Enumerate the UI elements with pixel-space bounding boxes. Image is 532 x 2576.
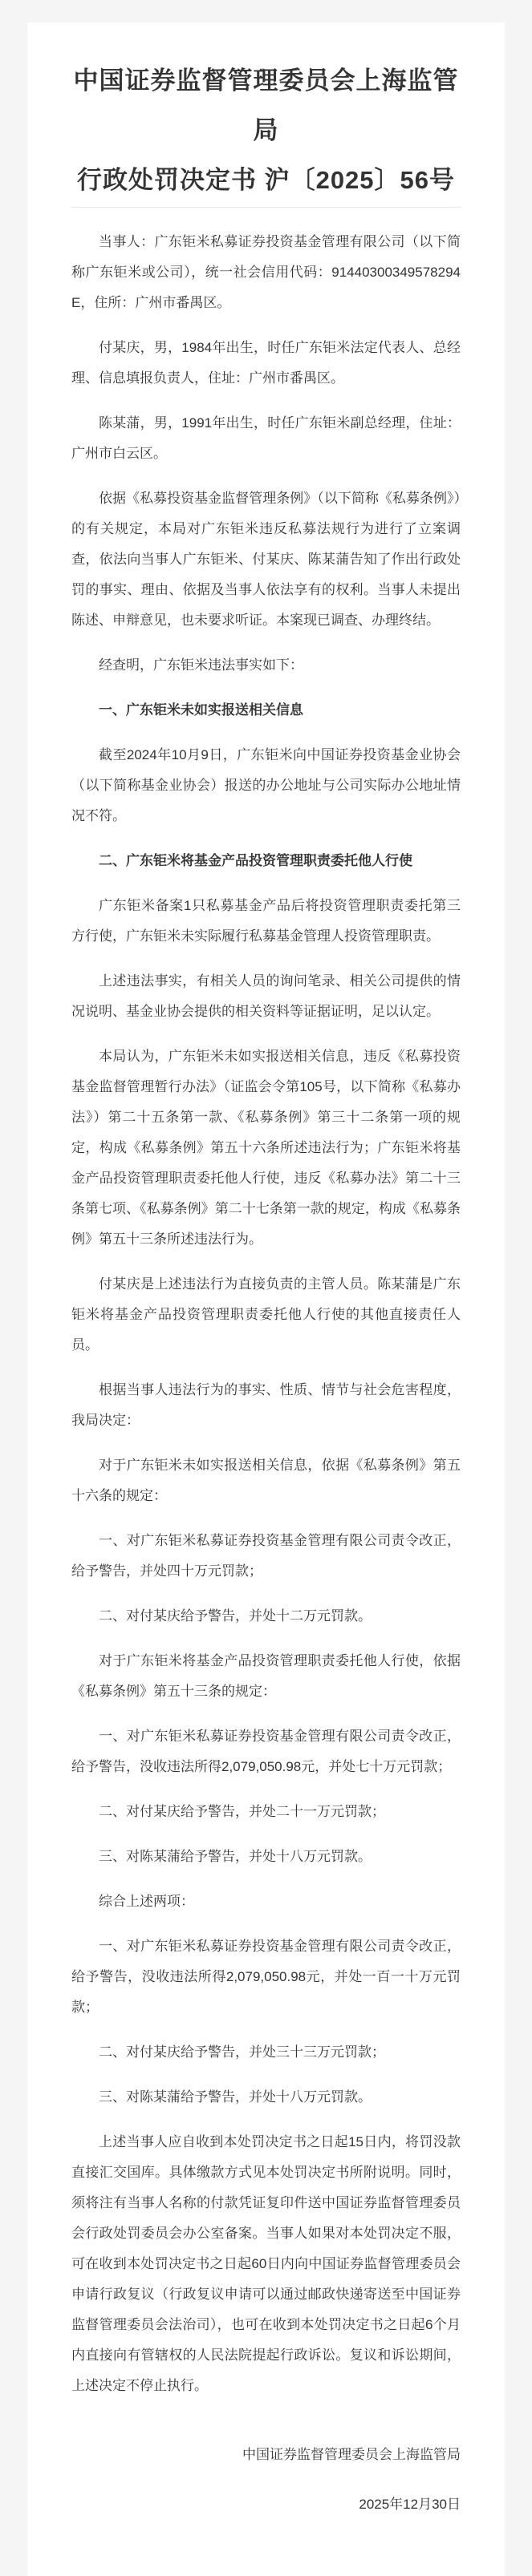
date-line: 2025年12月30日 — [71, 2489, 461, 2520]
paragraph: 一、对广东钜米私募证券投资基金管理有限公司责令改正，给予警告，没收违法所得2,0… — [71, 1931, 461, 2023]
paragraph: 一、对广东钜米私募证券投资基金管理有限公司责令改正，给予警告，并处四十万元罚款； — [71, 1526, 461, 1587]
paragraph: 上述违法事实，有相关人员的询问笔录、相关公司提供的情况说明、基金业协会提供的相关… — [71, 966, 461, 1027]
paragraph: 广东钜米备案1只私募基金产品后将投资管理职责委托第三方行使，广东钜米未实际履行私… — [71, 891, 461, 952]
paragraph: 经查明，广东钜米违法事实如下： — [71, 650, 461, 681]
document-card: 中国证券监督管理委员会上海监管局 行政处罚决定书 沪〔2025〕56号 当事人：… — [27, 22, 505, 2576]
paragraph: 对于广东钜米将基金产品投资管理职责委托他人行使，依据《私募条例》第五十三条的规定… — [71, 1646, 461, 1707]
section-heading: 二、广东钜米将基金产品投资管理职责委托他人行使 — [71, 846, 461, 876]
signature-line: 中国证券监督管理委员会上海监管局 — [71, 2440, 461, 2470]
paragraph: 根据当事人违法行为的事实、性质、情节与社会危害程度，我局决定： — [71, 1375, 461, 1436]
paragraph: 综合上述两项： — [71, 1887, 461, 1917]
paragraph: 依据《私募投资基金监督管理条例》（以下简称《私募条例》）的有关规定，本局对广东钜… — [71, 483, 461, 636]
paragraph: 二、对付某庆给予警告，并处三十三万元罚款； — [71, 2037, 461, 2068]
paragraph: 对于广东钜米未如实报送相关信息，依据《私募条例》第五十六条的规定： — [71, 1450, 461, 1511]
paragraph: 三、对陈某蒲给予警告，并处十八万元罚款。 — [71, 1842, 461, 1872]
paragraph: 本局认为，广东钜米未如实报送相关信息，违反《私募投资基金监督管理暂行办法》（证监… — [71, 1041, 461, 1255]
paragraph: 二、对付某庆给予警告，并处十二万元罚款。 — [71, 1601, 461, 1632]
page-background: 中国证券监督管理委员会上海监管局 行政处罚决定书 沪〔2025〕56号 当事人：… — [0, 0, 532, 2554]
paragraph: 三、对陈某蒲给予警告，并处十八万元罚款。 — [71, 2082, 461, 2113]
document-body: 当事人：广东钜米私募证券投资基金管理有限公司（以下简称广东钜米或公司），统一社会… — [71, 208, 461, 2520]
title-line-2: 行政处罚决定书 沪〔2025〕56号 — [71, 156, 461, 205]
paragraph: 付某庆，男，1984年出生，时任广东钜米法定代表人、总经理、信息填报负责人，住址… — [71, 333, 461, 394]
paragraph: 一、对广东钜米私募证券投资基金管理有限公司责令改正，给予警告，没收违法所得2,0… — [71, 1721, 461, 1782]
paragraph: 上述当事人应自收到本处罚决定书之日起15日内，将罚没款直接汇交国库。具体缴款方式… — [71, 2127, 461, 2401]
paragraph: 陈某蒲，男，1991年出生，时任广东钜米副总经理，住址：广州市白云区。 — [71, 408, 461, 469]
paragraph: 付某庆是上述违法行为直接负责的主管人员。陈某蒲是广东钜米将基金产品投资管理职责委… — [71, 1269, 461, 1361]
paragraph: 截至2024年10月9日，广东钜米向中国证券投资基金业协会（以下简称基金业协会）… — [71, 740, 461, 831]
document-title: 中国证券监督管理委员会上海监管局 行政处罚决定书 沪〔2025〕56号 — [71, 56, 461, 205]
paragraph: 二、对付某庆给予警告，并处二十一万元罚款； — [71, 1797, 461, 1827]
paragraph: 当事人：广东钜米私募证券投资基金管理有限公司（以下简称广东钜米或公司），统一社会… — [71, 227, 461, 318]
title-line-1: 中国证券监督管理委员会上海监管局 — [71, 56, 461, 156]
section-heading: 一、广东钜米未如实报送相关信息 — [71, 695, 461, 726]
